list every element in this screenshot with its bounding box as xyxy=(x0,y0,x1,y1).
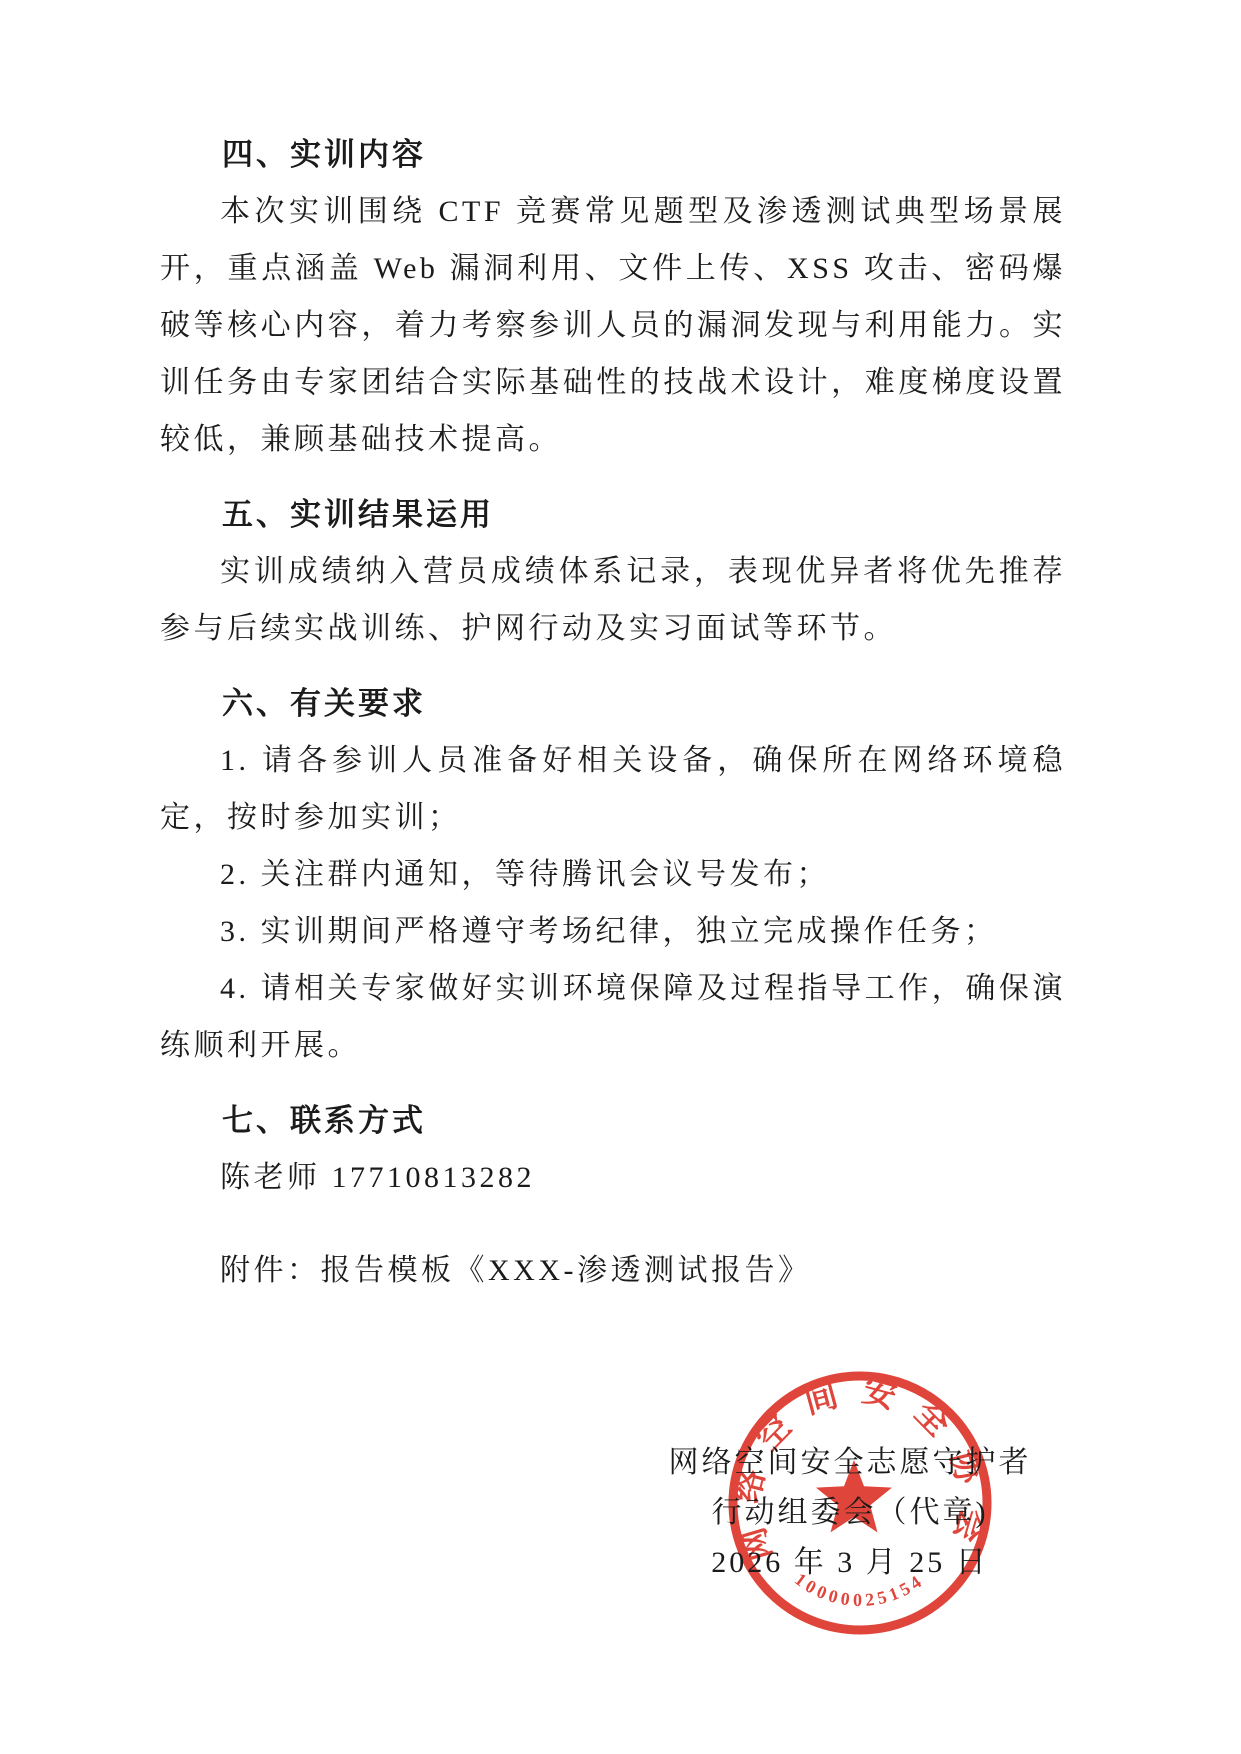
signature-org-line-1: 网络空间安全志愿守护者 xyxy=(560,1438,1140,1488)
section-4-paragraph: 本次实训围绕 CTF 竞赛常见题型及渗透测试典型场景展开，重点涵盖 Web 漏洞… xyxy=(160,183,1066,468)
requirement-item-4: 4. 请相关专家做好实训环境保障及过程指导工作，确保演练顺利开展。 xyxy=(160,960,1066,1074)
section-heading-5: 五、实训结果运用 xyxy=(160,486,1066,543)
signature-block: 网络空间安全志愿守护者 行动组委会（代章) 2026 年 3 月 25 日 xyxy=(560,1438,1140,1588)
document-body: 四、实训内容 本次实训围绕 CTF 竞赛常见题型及渗透测试典型场景展开，重点涵盖… xyxy=(160,126,1066,1299)
requirement-item-1: 1. 请各参训人员准备好相关设备，确保所在网络环境稳定，按时参加实训； xyxy=(160,732,1066,846)
section-5-paragraph: 实训成绩纳入营员成绩体系记录，表现优异者将优先推荐参与后续实战训练、护网行动及实… xyxy=(160,543,1066,657)
requirement-item-2: 2. 关注群内通知，等待腾讯会议号发布； xyxy=(160,846,1066,903)
section-heading-6: 六、有关要求 xyxy=(160,675,1066,732)
section-heading-4: 四、实训内容 xyxy=(160,126,1066,183)
contact-line: 陈老师 17710813282 xyxy=(160,1149,1066,1206)
signature-date: 2026 年 3 月 25 日 xyxy=(560,1538,1140,1588)
document-page: 四、实训内容 本次实训围绕 CTF 竞赛常见题型及渗透测试典型场景展开，重点涵盖… xyxy=(0,0,1241,1754)
requirement-item-3: 3. 实训期间严格遵守考场纪律，独立完成操作任务； xyxy=(160,903,1066,960)
section-heading-7: 七、联系方式 xyxy=(160,1092,1066,1149)
signature-org-line-2: 行动组委会（代章) xyxy=(560,1488,1140,1538)
attachment-line: 附件：报告模板《XXX-渗透测试报告》 xyxy=(160,1242,1066,1299)
